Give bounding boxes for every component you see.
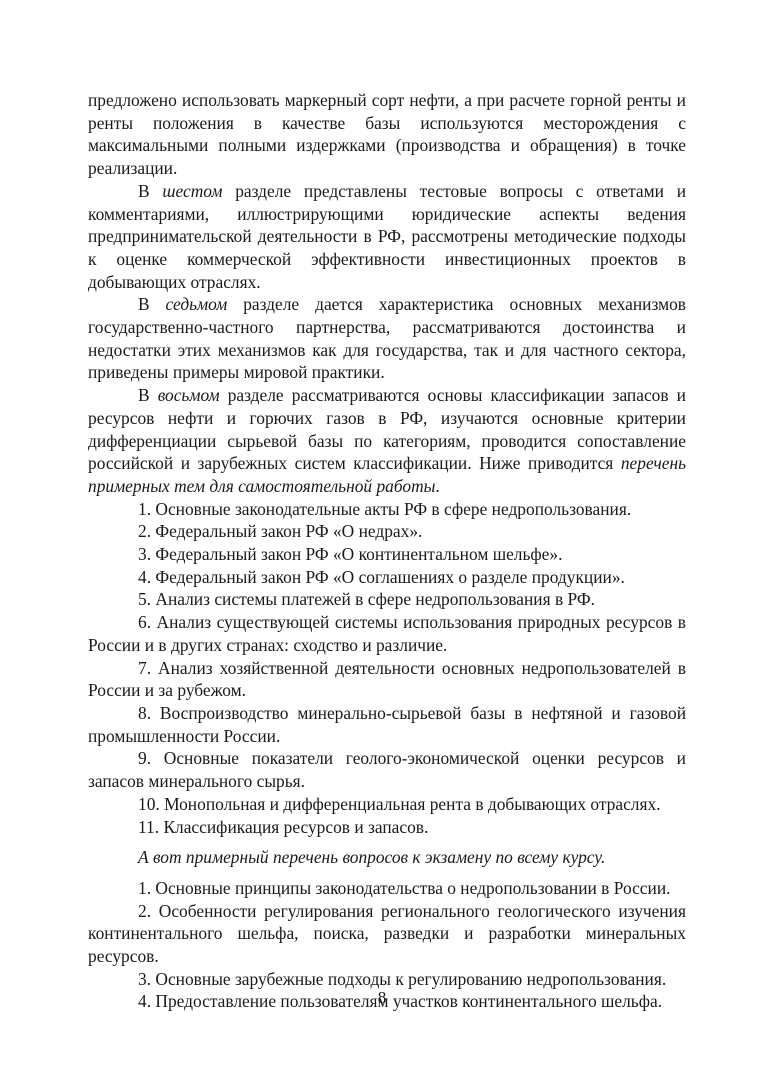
list-item: 7. Анализ хозяйственной деятельности осн… — [88, 657, 686, 702]
list-item: 11. Классификация ресурсов и запасов. — [88, 816, 686, 839]
list-item: 6. Анализ существующей системы использов… — [88, 611, 686, 656]
emphasis: седьмом — [166, 294, 228, 314]
list-item: 4. Федеральный закон РФ «О соглашениях о… — [88, 566, 686, 589]
list-item: 3. Федеральный закон РФ «О континентальн… — [88, 543, 686, 566]
list-item: 2. Федеральный закон РФ «О недрах». — [88, 520, 686, 543]
topics-list: 1. Основные законодательные акты РФ в сф… — [88, 498, 686, 839]
list-item: 10. Монопольная и дифференциальная рента… — [88, 793, 686, 816]
list-item: 8. Воспроизводство минерально-сырьевой б… — [88, 702, 686, 747]
text: В — [138, 385, 158, 405]
emphasis: шестом — [162, 181, 222, 201]
exam-lead: А вот примерный перечень вопросов к экза… — [88, 846, 686, 869]
list-item: 9. Основные показатели геолого-экономиче… — [88, 747, 686, 792]
emphasis: восьмом — [158, 385, 220, 405]
text: В — [138, 181, 162, 201]
paragraph-section-six: В шестом разделе представлены тестовые в… — [88, 180, 686, 294]
page-number: 8 — [0, 988, 764, 1008]
paragraph-section-seven: В седьмом разделе дается характеристика … — [88, 293, 686, 384]
list-item: 1. Основные законодательные акты РФ в сф… — [88, 498, 686, 521]
text: В — [138, 294, 166, 314]
paragraph-section-eight: В восьмом разделе рассматриваются основы… — [88, 384, 686, 498]
list-item: 5. Анализ системы платежей в сфере недро… — [88, 588, 686, 611]
list-item: 2. Особенности регулирования регионально… — [88, 900, 686, 968]
page-body: предложено использовать маркерный сорт н… — [88, 89, 686, 1013]
paragraph-intro: предложено использовать маркерный сорт н… — [88, 89, 686, 180]
text: . — [435, 476, 439, 496]
list-item: 1. Основные принципы законодательства о … — [88, 877, 686, 900]
